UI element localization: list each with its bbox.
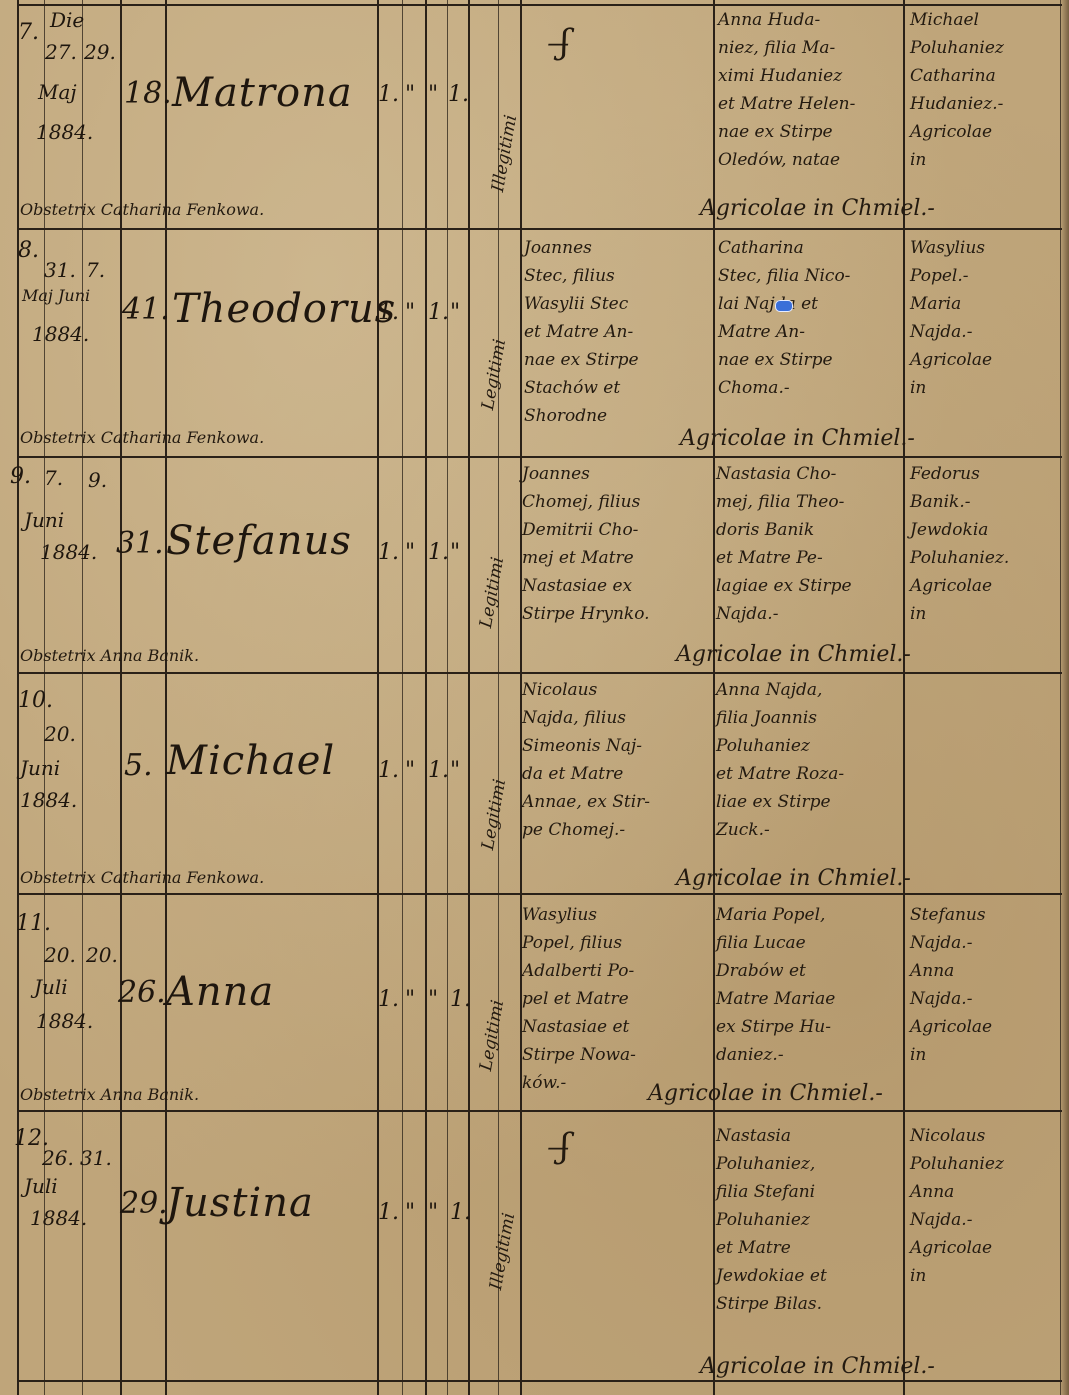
register-entry: 8. 31. 7. Maj Juni 1884. 41. Theodorus 1…	[0, 228, 1069, 456]
child-name: Anna	[166, 969, 274, 1015]
godparent-line: Hudaniez.-	[910, 90, 1004, 118]
baptism-day: 29.	[84, 40, 116, 64]
mother-cell: Anna Huda- niez, filia Ma- ximi Hudaniez…	[718, 6, 855, 174]
godparent-line: Poluhaniez	[910, 1150, 1004, 1178]
mother-line: Choma.-	[718, 374, 850, 402]
father-line: Joannes	[524, 234, 639, 262]
father-line: Nicolaus	[522, 676, 650, 704]
residence-line: Agricolae in Chmiel.-	[676, 866, 911, 891]
month: Juli	[34, 975, 68, 999]
father-sign-mark: ʃ̶	[560, 22, 569, 62]
father-line: mej et Matre	[522, 544, 650, 572]
mother-cell: Nastasia Cho- mej, filia Theo- doris Ban…	[716, 460, 852, 628]
baptism-day: 20.	[86, 943, 118, 967]
mother-line: Maria Popel,	[716, 901, 835, 929]
mother-line: ex Stirpe Hu-	[716, 1013, 835, 1041]
father-cell: Joannes Stec, filius Wasylii Stec et Mat…	[524, 234, 639, 430]
father-line: Stirpe Hrynko.	[522, 600, 650, 628]
mother-line: Stirpe Bilas.	[716, 1290, 827, 1318]
godparent-line: Agricolae	[910, 118, 1004, 146]
godparent-line: Najda.-	[910, 929, 992, 957]
legitimacy-status: Legitimi	[476, 556, 508, 630]
birth-day: 27.	[45, 40, 77, 64]
residence-line: Agricolae in Chmiel.-	[680, 426, 915, 451]
month: Juni	[20, 756, 60, 780]
mother-line: Oledów, natae	[718, 146, 855, 174]
godparents-cell: Stefanus Najda.- Anna Najda.- Agricolae …	[910, 901, 992, 1069]
godparent-line: Poluhaniez	[910, 34, 1004, 62]
residence-line: Agricolae in Chmiel.-	[700, 1354, 935, 1379]
mother-line: Matre Mariae	[716, 985, 835, 1013]
godparent-line: in	[910, 600, 1009, 628]
year: 1884.	[30, 1206, 87, 1230]
father-sign-mark: ʃ̶	[560, 1126, 569, 1166]
father-line: da et Matre	[522, 760, 650, 788]
godparent-line: Anna	[910, 957, 992, 985]
year: 1884.	[40, 540, 97, 564]
house-number: 41.	[122, 292, 170, 327]
father-cell: Wasylius Popel, filius Adalberti Po- pel…	[522, 901, 636, 1097]
midwife: Obstetrix Catharina Fenkowa.	[20, 200, 264, 219]
residence-line: Agricolae in Chmiel.-	[700, 196, 935, 221]
father-line: Stachów et	[524, 374, 639, 402]
tally-1: 1.	[378, 758, 399, 783]
legitimacy-status: Legitimi	[478, 338, 510, 412]
godparent-line: in	[910, 1041, 992, 1069]
tally-2: "	[405, 1200, 415, 1225]
date-prefix: Die	[50, 8, 84, 32]
mother-line: niez, filia Ma-	[718, 34, 855, 62]
legitimacy-status: Illegitimi	[486, 1211, 519, 1291]
father-line: ków.-	[522, 1069, 636, 1097]
mother-line: Nastasia	[716, 1122, 827, 1150]
godparent-line: Poluhaniez.	[910, 544, 1009, 572]
mother-line: et Matre	[716, 1234, 827, 1262]
father-line: Simeonis Naj-	[522, 732, 650, 760]
mother-line: Zuck.-	[716, 816, 844, 844]
house-number: 31.	[116, 526, 164, 561]
father-line: Wasylius	[522, 901, 636, 929]
godparents-cell: Wasylius Popel.- Maria Najda.- Agricolae…	[910, 234, 992, 402]
godparent-line: Michael	[910, 6, 1004, 34]
mother-line: Jewdokiae et	[716, 1262, 827, 1290]
mother-line: liae ex Stirpe	[716, 788, 844, 816]
child-name: Michael	[166, 738, 335, 784]
godparent-line: Nicolaus	[910, 1122, 1004, 1150]
tally-3: "	[428, 987, 438, 1012]
residence-line: Agricolae in Chmiel.-	[648, 1081, 883, 1106]
mother-line: Najda.-	[716, 600, 852, 628]
father-line: Demitrii Cho-	[522, 516, 650, 544]
residence-line: Agricolae in Chmiel.-	[676, 642, 911, 667]
mother-line: nae ex Stirpe	[718, 118, 855, 146]
godparent-line: Anna	[910, 1178, 1004, 1206]
mother-cell: Maria Popel, filia Lucae Drabów et Matre…	[716, 901, 835, 1069]
godparents-cell: Nicolaus Poluhaniez Anna Najda.- Agricol…	[910, 1122, 1004, 1290]
father-line: et Matre An-	[524, 318, 639, 346]
midwife: Obstetrix Catharina Fenkowa.	[20, 868, 264, 887]
mother-line: et Matre Pe-	[716, 544, 852, 572]
birth-day: 7.	[44, 466, 63, 490]
entry-number: 11.	[16, 911, 51, 936]
mother-line: Poluhaniez	[716, 1206, 827, 1234]
mother-line: Matre An-	[718, 318, 850, 346]
month: Maj Juni	[22, 286, 90, 305]
godparent-line: Popel.-	[910, 262, 992, 290]
register-entry: 11. 20. 20. Juli 1884. 26. Anna 1. " " 1…	[0, 893, 1069, 1110]
godparent-line: Stefanus	[910, 901, 992, 929]
entry-number: 10.	[18, 688, 53, 713]
year: 1884.	[20, 788, 77, 812]
tally-2: "	[405, 300, 415, 325]
midwife: Obstetrix Anna Banik.	[20, 1085, 199, 1104]
mother-line: Poluhaniez	[716, 732, 844, 760]
father-cell: Joannes Chomej, filius Demitrii Cho- mej…	[522, 460, 650, 628]
tally-3: 1.	[428, 758, 449, 783]
father-line: Stirpe Nowa-	[522, 1041, 636, 1069]
father-line: Wasylii Stec	[524, 290, 639, 318]
father-line: Nastasiae ex	[522, 572, 650, 600]
tally-1: 1.	[378, 540, 399, 565]
year: 1884.	[32, 322, 89, 346]
tally-2: "	[405, 82, 415, 107]
godparent-line: Najda.-	[910, 1206, 1004, 1234]
birth-day: 31.	[44, 258, 76, 282]
house-number: 29.	[120, 1186, 168, 1221]
midwife: Obstetrix Catharina Fenkowa.	[20, 428, 264, 447]
father-line: pel et Matre	[522, 985, 636, 1013]
register-page: 7. Die 27. 29. Maj 1884. 18. Matrona 1. …	[0, 0, 1069, 1395]
father-line: Stec, filius	[524, 262, 639, 290]
mother-line: Poluhaniez,	[716, 1150, 827, 1178]
month: Juli	[24, 1174, 58, 1198]
father-line: Popel, filius	[522, 929, 636, 957]
mother-line: et Matre Roza-	[716, 760, 844, 788]
father-line: Adalberti Po-	[522, 957, 636, 985]
house-number: 18.	[124, 76, 172, 111]
godparent-line: Jewdokia	[910, 516, 1009, 544]
month: Maj	[38, 80, 77, 104]
child-name: Stefanus	[166, 518, 352, 564]
birth-day: 26.	[42, 1146, 74, 1170]
tally-4: "	[450, 300, 460, 325]
godparent-line: Agricolae	[910, 346, 992, 374]
mother-line: Nastasia Cho-	[716, 460, 852, 488]
tally-3: "	[428, 82, 438, 107]
tally-1: 1.	[378, 82, 399, 107]
child-name: Matrona	[172, 70, 353, 116]
godparent-line: Najda.-	[910, 318, 992, 346]
tally-3: 1.	[428, 540, 449, 565]
tally-1: 1.	[378, 1200, 399, 1225]
annotation-marker-icon[interactable]	[775, 300, 793, 312]
mother-cell: Catharina Stec, filia Nico- lai Najda et…	[718, 234, 850, 402]
godparent-line: Catharina	[910, 62, 1004, 90]
month: Juni	[24, 508, 64, 532]
mother-line: lagiae ex Stirpe	[716, 572, 852, 600]
mother-line: Catharina	[718, 234, 850, 262]
house-number: 26.	[118, 975, 166, 1010]
house-number: 5.	[124, 748, 153, 783]
father-cell: Nicolaus Najda, filius Simeonis Naj- da …	[522, 676, 650, 844]
tally-1: 1.	[378, 300, 399, 325]
father-line: Chomej, filius	[522, 488, 650, 516]
baptism-day: 9.	[88, 468, 107, 492]
mother-line: nae ex Stirpe	[718, 346, 850, 374]
tally-3: "	[428, 1200, 438, 1225]
godparent-line: Agricolae	[910, 1013, 992, 1041]
mother-line: filia Joannis	[716, 704, 844, 732]
father-line: Joannes	[522, 460, 650, 488]
tally-2: "	[405, 758, 415, 783]
godparents-cell: Fedorus Banik.- Jewdokia Poluhaniez. Agr…	[910, 460, 1009, 628]
tally-1: 1.	[378, 987, 399, 1012]
godparent-line: in	[910, 374, 992, 402]
mother-cell: Nastasia Poluhaniez, filia Stefani Poluh…	[716, 1122, 827, 1318]
register-entry: 9. 7. 9. Juni 1884. 31. Stefanus 1. " 1.…	[0, 456, 1069, 672]
father-line: Najda, filius	[522, 704, 650, 732]
tally-4: 1.	[448, 82, 469, 107]
tally-4: "	[450, 540, 460, 565]
entry-separator	[17, 1380, 1062, 1382]
godparent-line: in	[910, 146, 1004, 174]
tally-3: 1.	[428, 300, 449, 325]
entry-number: 7.	[18, 20, 39, 45]
godparents-cell: Michael Poluhaniez Catharina Hudaniez.- …	[910, 6, 1004, 174]
mother-line: Anna Najda,	[716, 676, 844, 704]
godparent-line: Fedorus	[910, 460, 1009, 488]
father-line: nae ex Stirpe	[524, 346, 639, 374]
birth-day: 20.	[44, 722, 76, 746]
year: 1884.	[36, 120, 93, 144]
entry-number: 9.	[10, 464, 31, 489]
legitimacy-status: Legitimi	[478, 778, 510, 852]
godparent-line: Wasylius	[910, 234, 992, 262]
legitimacy-status: Legitimi	[476, 999, 508, 1073]
tally-2: "	[405, 540, 415, 565]
godparent-line: Banik.-	[910, 488, 1009, 516]
mother-line: Anna Huda-	[718, 6, 855, 34]
mother-line: filia Lucae	[716, 929, 835, 957]
register-entry: 12. 26. 31. Juli 1884. 29. Justina 1. " …	[0, 1110, 1069, 1380]
mother-line: Drabów et	[716, 957, 835, 985]
child-name: Justina	[166, 1180, 314, 1226]
mother-line: filia Stefani	[716, 1178, 827, 1206]
midwife: Obstetrix Anna Banik.	[20, 646, 199, 665]
tally-4: 1.	[450, 1200, 471, 1225]
father-line: Annae, ex Stir-	[522, 788, 650, 816]
register-entry: 10. 20. Juni 1884. 5. Michael 1. " 1. " …	[0, 672, 1069, 893]
mother-line: daniez.-	[716, 1041, 835, 1069]
mother-line: mej, filia Theo-	[716, 488, 852, 516]
father-line: Nastasiae et	[522, 1013, 636, 1041]
mother-line: et Matre Helen-	[718, 90, 855, 118]
godparent-line: Najda.-	[910, 985, 992, 1013]
year: 1884.	[36, 1009, 93, 1033]
tally-4: "	[450, 758, 460, 783]
mother-line: Stec, filia Nico-	[718, 262, 850, 290]
tally-2: "	[405, 987, 415, 1012]
baptism-day: 31.	[80, 1146, 112, 1170]
father-line: pe Chomej.-	[522, 816, 650, 844]
godparent-line: Agricolae	[910, 572, 1009, 600]
godparent-line: Agricolae	[910, 1234, 1004, 1262]
register-entry: 7. Die 27. 29. Maj 1884. 18. Matrona 1. …	[0, 0, 1069, 228]
birth-day: 20.	[44, 943, 76, 967]
godparent-line: Maria	[910, 290, 992, 318]
entry-number: 8.	[18, 238, 39, 263]
tally-4: 1.	[450, 987, 471, 1012]
mother-line: ximi Hudaniez	[718, 62, 855, 90]
mother-line: doris Banik	[716, 516, 852, 544]
legitimacy-status: Illegitimi	[488, 113, 521, 193]
mother-cell: Anna Najda, filia Joannis Poluhaniez et …	[716, 676, 844, 844]
father-line: Shorodne	[524, 402, 639, 430]
godparent-line: in	[910, 1262, 1004, 1290]
baptism-day: 7.	[86, 258, 105, 282]
child-name: Theodorus	[172, 286, 396, 332]
